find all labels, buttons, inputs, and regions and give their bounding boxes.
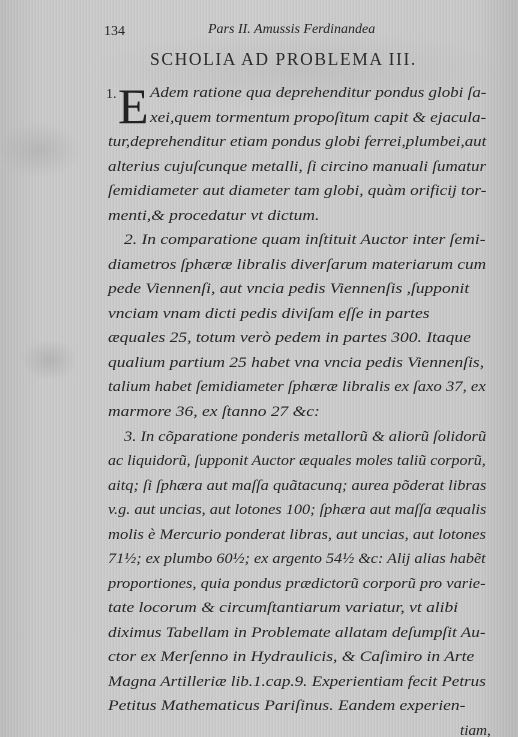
text-line: 3. In cõparatione ponderis metallorũ & a… xyxy=(124,428,486,446)
text-line: proportiones, quia pondus prædictorũ cor… xyxy=(108,575,486,593)
paragraph-number: 1. xyxy=(106,87,117,103)
text-line: menti,& procedatur vt dictum. xyxy=(108,207,319,225)
text-line: talium habet ſemidiameter ſphæræ librali… xyxy=(108,378,486,396)
text-line: pede Viennenſi, aut vncia pedis Viennenſ… xyxy=(108,280,469,298)
text-line: molis è Mercurio ponderat libras, aut un… xyxy=(108,526,486,544)
text-line: 2. In comparatione quam inſtituit Auctor… xyxy=(124,231,486,249)
text-line: xei,quem tormentum propoſitum capit & ej… xyxy=(150,109,486,127)
text-line: alterius cujuſcunque metalli, ſi circino… xyxy=(108,158,486,176)
text-line: 71½; ex plumbo 60½; ex argento 54½ &c: A… xyxy=(108,550,486,568)
text-line: v.g. aut uncias, aut lotones 100; ſphæra… xyxy=(108,501,486,519)
text-line: Petitus Mathematicus Pariſinus. Eandem e… xyxy=(108,697,465,715)
text-line: ſemidiameter aut diameter tam globi, quà… xyxy=(108,182,486,200)
text-line: ctor ex Merſenno in Hydraulicis, & Caſim… xyxy=(108,648,474,666)
text-line: tiam, xyxy=(460,722,491,737)
text-line: æquales 25, totum verò pedem in partes 3… xyxy=(108,329,471,347)
section-title: SCHOLIA AD PROBLEMA III. xyxy=(150,49,417,70)
text-line: diximus Tabellam in Problemate allatam d… xyxy=(108,624,486,642)
text-line: marmore 36, ex ſtanno 27 &c: xyxy=(108,403,320,421)
text-line: qualium partium 25 habet vna vncia pedis… xyxy=(108,354,484,372)
text-line: Adem ratione qua deprehenditur pondus gl… xyxy=(150,84,486,102)
text-line: diametros ſphæræ libralis diverſarum mat… xyxy=(108,256,486,274)
page-number: 134 xyxy=(104,24,125,40)
text-line: tur,deprehenditur etiam pondus globi fer… xyxy=(108,133,486,151)
text-line: Magna Artilleriæ lib.1.cap.9. Experienti… xyxy=(108,673,486,691)
text-line: vnciam vnam dicti pedis diviſam eſſe in … xyxy=(108,305,430,323)
scanned-book-page: 134 Pars II. Amussis Ferdinandea SCHOLIA… xyxy=(0,0,518,737)
text-line: aitq; ſi ſphæra aut maſſa quãtacunq; aur… xyxy=(108,477,486,495)
text-line: tate locorum & circumſtantiarum variatur… xyxy=(108,599,458,617)
drop-cap-letter: E xyxy=(118,81,149,131)
text-line: ac liquidorũ, ſupponit Auctor æquales mo… xyxy=(108,452,486,470)
running-head: Pars II. Amussis Ferdinandea xyxy=(208,22,375,38)
